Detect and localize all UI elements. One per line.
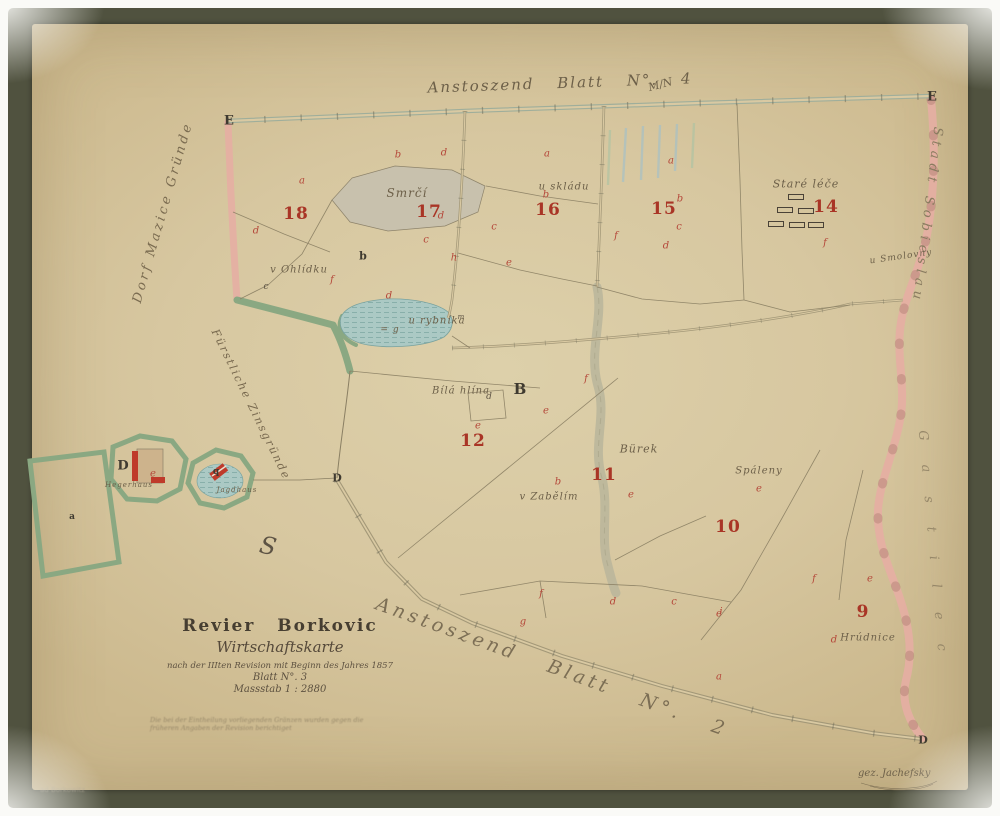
corner-letter-b: B <box>514 380 527 398</box>
parcel-number-9: 9 <box>857 602 870 622</box>
place-label-jagdhaus: Jagdhaus <box>217 486 258 494</box>
parcel-number-12: 12 <box>460 431 486 451</box>
old-drive-symbol <box>789 222 805 228</box>
red-letter-f: f <box>539 589 543 600</box>
parcel-number-10: 10 <box>715 517 741 537</box>
red-letter-e: e <box>867 574 873 585</box>
red-letter-d: d <box>663 241 669 252</box>
red-letter-d: d <box>438 211 444 222</box>
corner-letter-e: E <box>224 114 234 129</box>
place-label--g: = g <box>380 325 399 335</box>
red-letter-h: h <box>451 253 457 264</box>
parcel-number-11: 11 <box>591 465 617 485</box>
map-label-layer: Anstoszend Blatt N°. 4 M/N Dorf Mazice G… <box>0 0 1000 816</box>
red-letter-d: d <box>253 226 259 237</box>
map-subtitle: Wirtschaftskarte <box>160 638 400 656</box>
red-letter-f: f <box>330 275 334 286</box>
red-letter-c: c <box>423 235 429 246</box>
red-letter-a: a <box>716 672 722 683</box>
place-label-b-l-hl-na: Bílá hlína <box>432 386 490 397</box>
old-drive-symbol <box>788 194 804 200</box>
red-letter-g: g <box>520 617 526 628</box>
title-block: Revier Borkovic Wirtschaftskarte nach de… <box>160 616 400 695</box>
corner-letter-d: D <box>332 472 342 485</box>
red-letter-a: a <box>299 176 305 187</box>
red-letter-c: c <box>671 597 677 608</box>
surveyor-signature: gez. Jachefsky <box>858 768 930 779</box>
red-letter-f: f <box>823 238 827 249</box>
place-label-hr-dnice: Hrúdnice <box>840 633 896 644</box>
corner-letter-q: q <box>213 467 219 477</box>
revision-note: nach der IIIten Revision mit Beginn des … <box>160 661 400 671</box>
place-label-v-zab-l-m: v Zabělím <box>520 492 579 503</box>
corner-letter-e: E <box>927 90 937 105</box>
corner-letter-b: b <box>359 250 367 263</box>
red-letter-d: d <box>831 635 837 646</box>
red-letter-a: a <box>668 156 674 167</box>
ink-letter-s: S <box>257 531 279 562</box>
place-label-hegerhaus: Hegerhaus <box>105 481 153 489</box>
neighbour-label-inner-diagonal: Fürstliche Zinsgründe <box>195 298 308 510</box>
place-label-sp-leny: Spáleny <box>735 466 782 477</box>
red-letter-f: f <box>812 574 816 585</box>
corner-letter-a: a <box>69 512 75 522</box>
old-drive-symbol <box>798 208 814 214</box>
old-drive-symbol <box>777 207 793 213</box>
red-letter-b: b <box>395 150 401 161</box>
ink-letter-c: c <box>263 282 268 292</box>
red-letter-e: e <box>543 406 549 417</box>
place-label-star-l-e: Staré léče <box>773 178 839 191</box>
red-letter-e: e <box>150 469 156 480</box>
red-letter-d: d <box>441 148 447 159</box>
old-drive-symbol <box>768 221 784 227</box>
red-letter-c: c <box>491 222 497 233</box>
map-title: Revier Borkovic <box>160 616 400 636</box>
fine-print-note: Die bei der Eintheilung vorliegenden Grä… <box>150 716 385 732</box>
scanned-map-photo: Anstoszend Blatt N°. 4 M/N Dorf Mazice G… <box>0 0 1000 816</box>
red-letter-e: e <box>756 484 762 495</box>
map-scale: Massstab 1 : 2880 <box>160 684 400 695</box>
red-letter-e: e <box>628 490 634 501</box>
parcel-number-14: 14 <box>813 197 839 217</box>
parcel-number-18: 18 <box>283 204 309 224</box>
corner-letter-d: D <box>117 459 128 474</box>
red-letter-b: b <box>555 477 561 488</box>
red-letter-e: e <box>475 421 481 432</box>
red-letter-d: d <box>610 597 616 608</box>
red-letter-f: f <box>614 231 618 242</box>
sheet-number: Blatt N°. 3 <box>160 672 400 683</box>
red-letter-e: e <box>716 609 722 620</box>
place-label-u-rybn-ka: u rybníka <box>408 316 465 327</box>
red-letter-f: f <box>584 374 588 385</box>
place-label-v-ohl-dku: v Ohlídku <box>270 265 328 276</box>
red-letter-c: c <box>676 222 682 233</box>
red-letter-e: e <box>506 258 512 269</box>
neighbour-label-right-bottom: Gastilec <box>908 353 958 753</box>
neighbour-label-left: Dorf Mazice Gründe <box>124 100 202 325</box>
parcel-number-16: 16 <box>535 200 561 220</box>
neighbour-label-right-top: Stadt Sobieslau <box>905 95 949 335</box>
place-label-smr-: Smrčí <box>387 186 428 200</box>
red-letter-d: d <box>386 291 392 302</box>
place-label-u-skl-du: u skládu <box>539 182 590 193</box>
corner-letter-d: D <box>918 734 928 747</box>
pencil-note: ad Borkowitz <box>40 786 85 794</box>
parcel-number-15: 15 <box>651 199 677 219</box>
place-label-b-rek: Bürek <box>620 443 659 456</box>
old-drive-symbol <box>808 222 824 228</box>
red-letter-a: a <box>544 149 550 160</box>
red-letter-b: b <box>677 194 683 205</box>
adjoining-sheet-label-top: Anstoszend Blatt N°. 4 <box>370 67 750 98</box>
